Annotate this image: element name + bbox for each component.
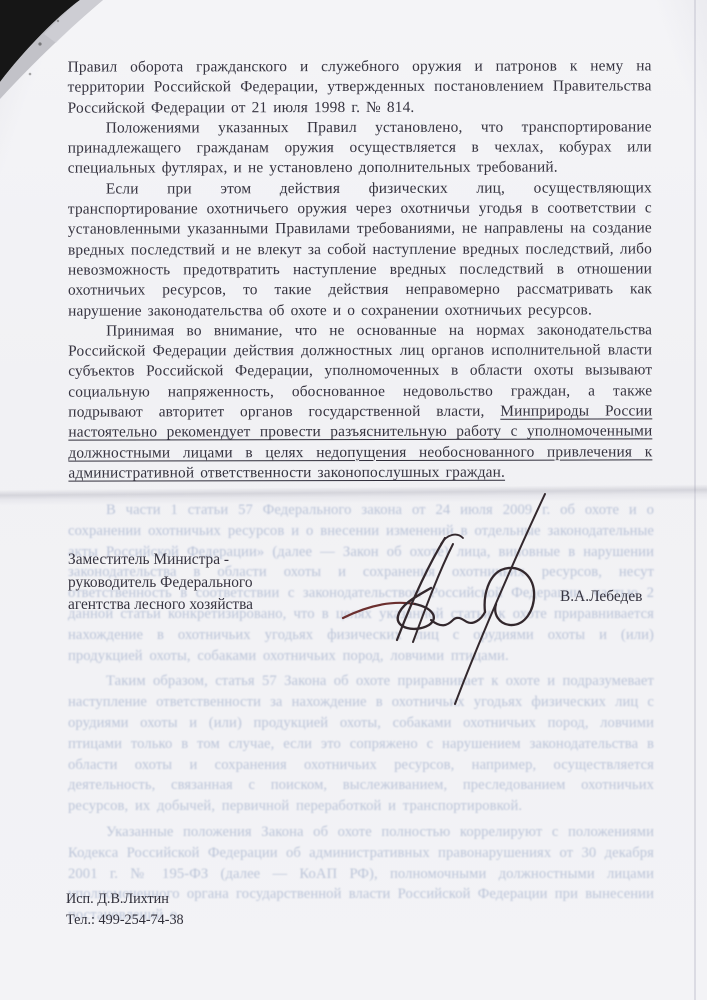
scan-edge-shadow (694, 0, 696, 1000)
letter-body: Правил оборота гражданского и служебного… (68, 56, 653, 483)
footer: Исп. Д.В.Лихтин Тел.: 499-254-74-38 (66, 889, 184, 931)
signer-title: Заместитель Министра - руководитель Феде… (68, 549, 253, 617)
signer-title-line: агентства лесного хозяйства (68, 594, 253, 617)
scanned-letter-page: В части 1 статьи 57 Федерального закона … (0, 0, 707, 1000)
paragraph-transport-provisions: Положениями указанных Правил установлено… (68, 117, 652, 179)
signer-title-line: руководитель Федерального (68, 572, 253, 595)
paragraph-recommendation: Принимая во внимание, что не основанные … (68, 320, 652, 484)
paragraph-rules-reference: Правил оборота гражданского и служебного… (68, 56, 652, 118)
executor-phone: Тел.: 499-254-74-38 (66, 910, 184, 931)
signature-icon (335, 478, 575, 718)
paragraph-lawful-transport: Если при этом действия физических лиц, о… (68, 178, 652, 321)
signer-title-line: Заместитель Министра - (68, 549, 253, 572)
signer-name: В.А.Лебедев (560, 588, 642, 606)
executor-name: Исп. Д.В.Лихтин (66, 889, 184, 910)
